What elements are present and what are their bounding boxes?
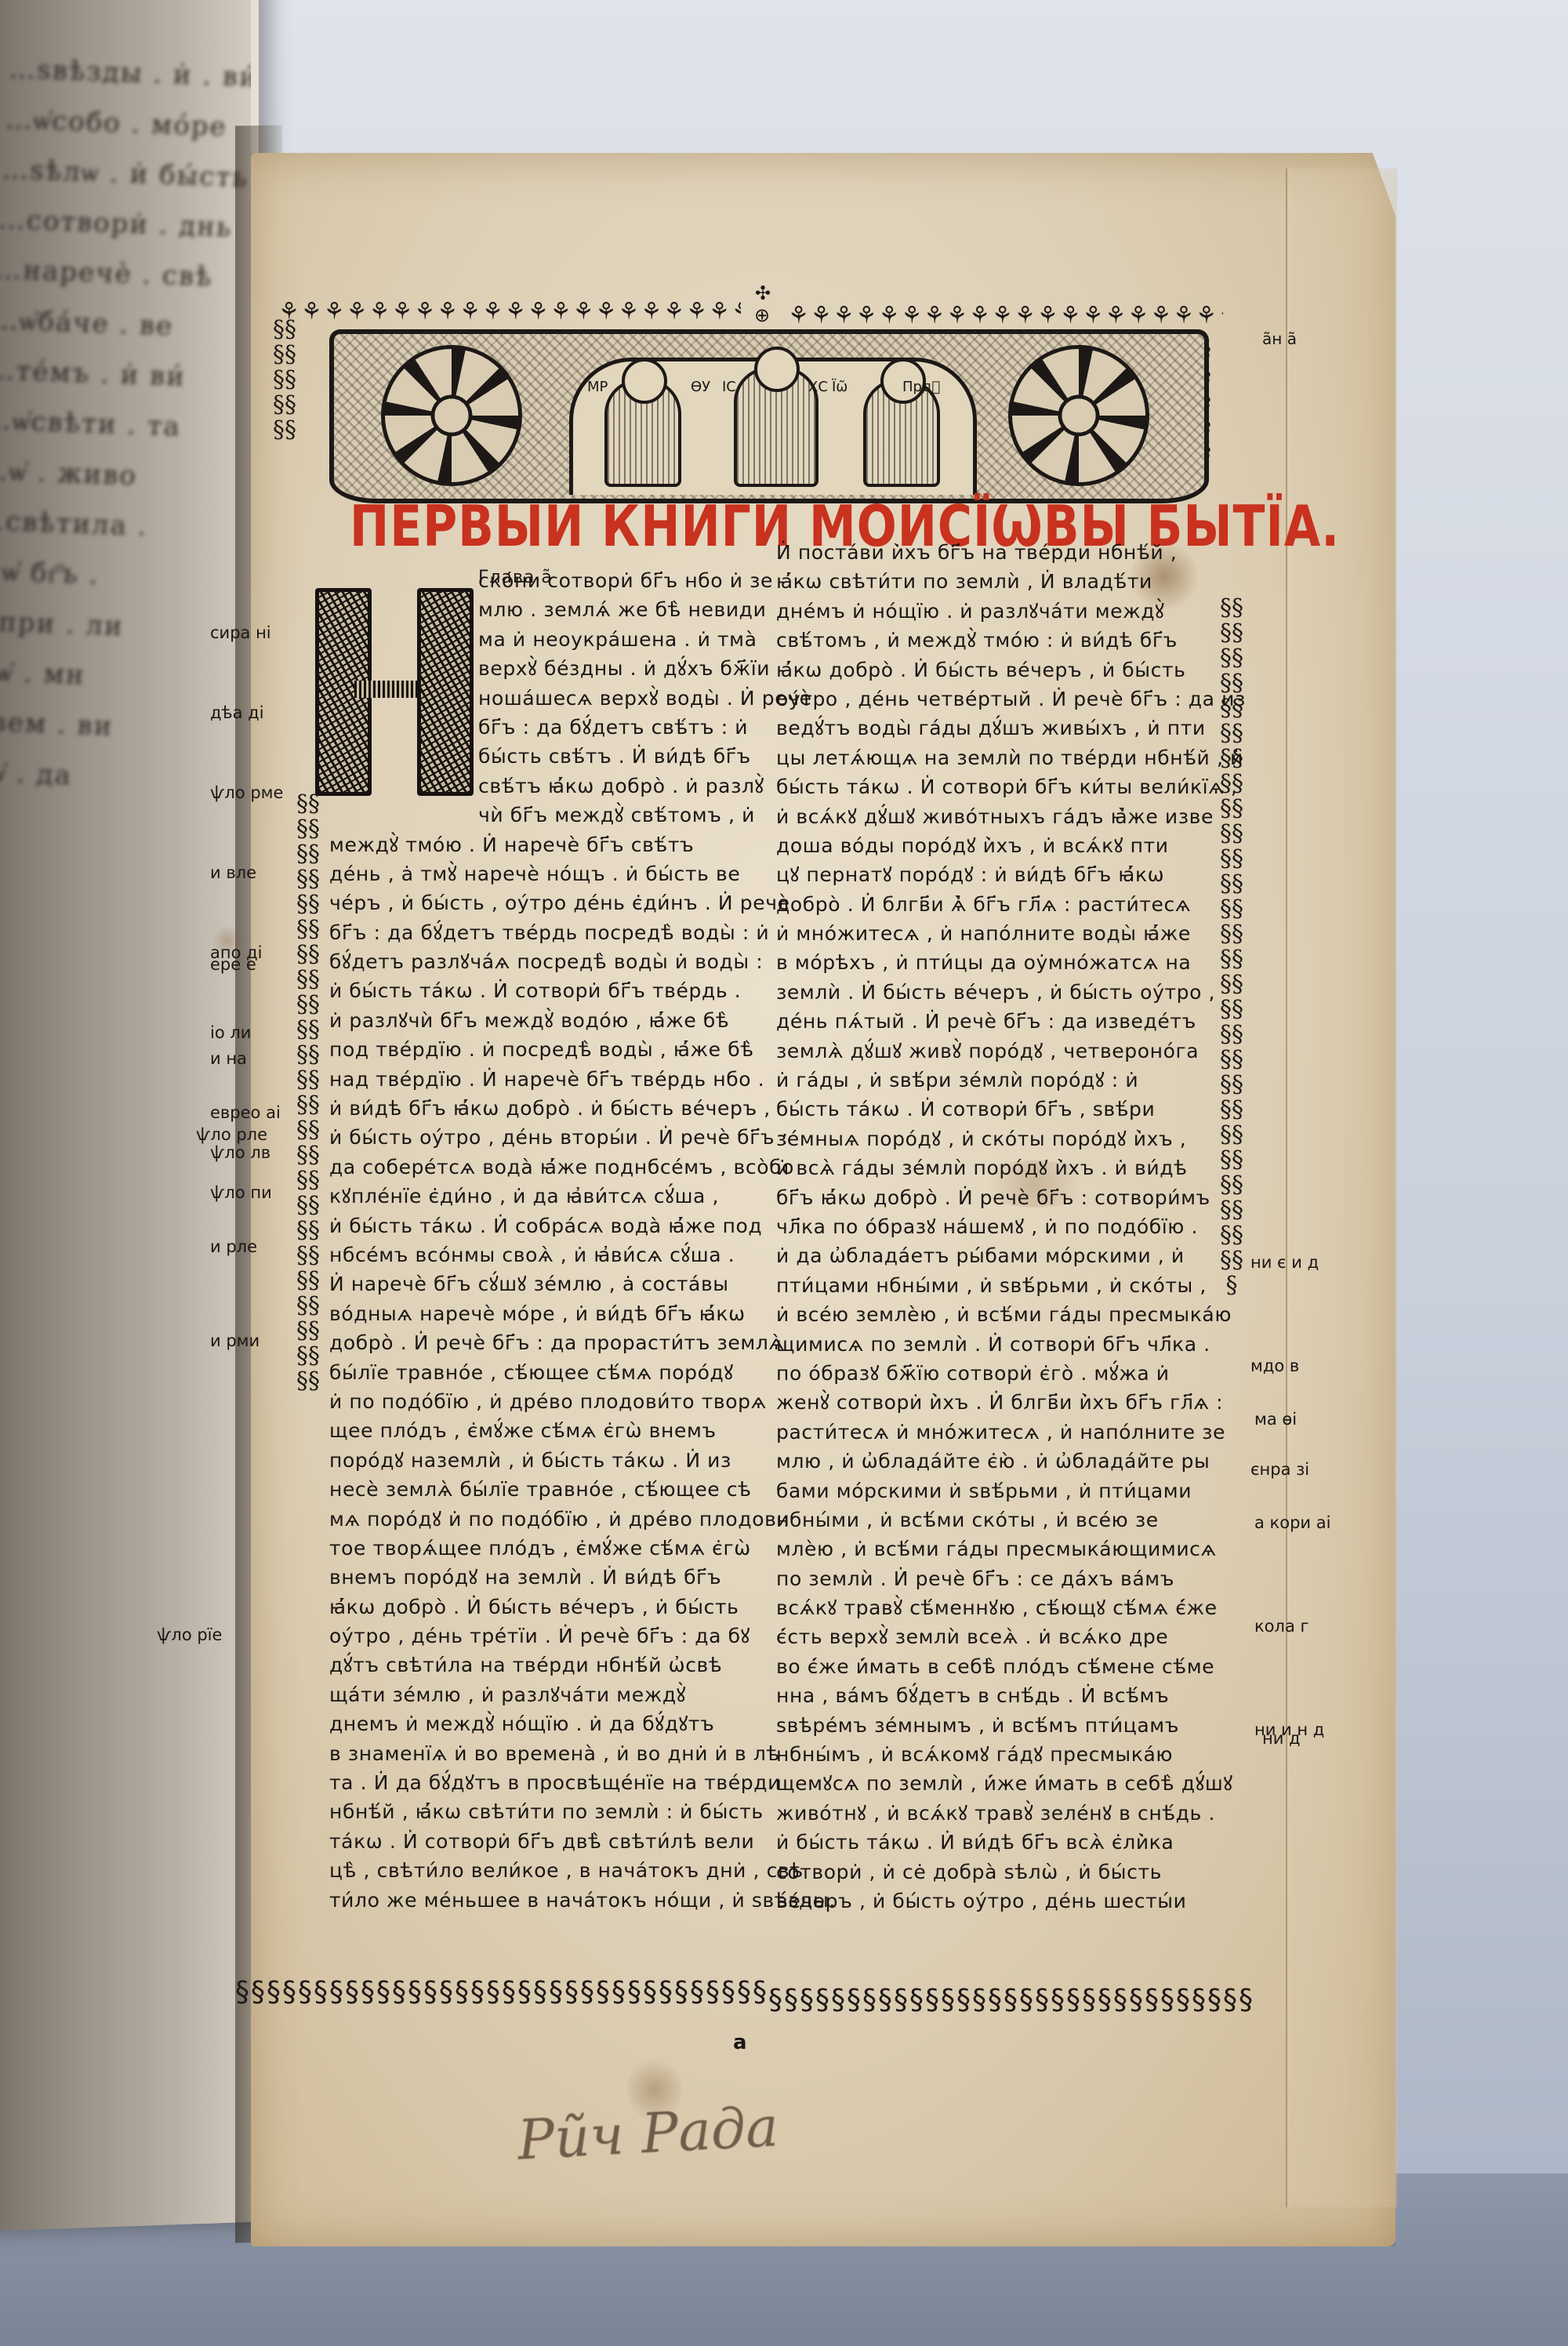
gloss-line: ере е: [210, 949, 270, 980]
text-line: И̇ наречѐ бг҃ъ сꙋ́шꙋ зе́млю , а̇ соста́в…: [329, 1269, 776, 1298]
text-line: бы́сть та́кѡ . И̇ сотвори̇ бг҃ъ ки́ты ве…: [776, 772, 1215, 801]
text-line: землѝ . И̇ бы́сть ве́черъ , и̇ бы́сть оу…: [776, 978, 1215, 1007]
text-line: и̇ по подо́бїю , и̇ дре́во плодови́то тв…: [329, 1387, 776, 1416]
text-line: доша во́ды поро́дꙋ и̇̀хъ , и̇ всѧ́кꙋ пти: [776, 831, 1215, 860]
text-line: и̇ га́ды , и̇ ѕвѣ́ри зе́млѝ поро́дꙋ : и̇: [776, 1066, 1215, 1095]
text-line: млѐю , и̇ всѣ́ми га́ды пресмыка́ющимисѧ: [776, 1534, 1215, 1563]
right-text-column: И̇ поста́ви и̇̀хъ бг҃ъ на тве́рди нбнѣ́й…: [776, 538, 1215, 1916]
text-line: цꙋ пернатꙋ поро́дꙋ : и̇ ви́дѣ бг҃ъ ꙗ҆́кѡ: [776, 860, 1215, 889]
headpiece-arch: МР ѲУ ІС ХС Їѡ̃ Прдⷮ: [569, 358, 977, 495]
text-line: цы летѧ́ющѧ на землѝ по тве́рди нбнѣ́й ,…: [776, 743, 1215, 772]
bottom-border-ornament-left: §§§§§§§§§§§§§§§§§§§§§§§§§§§§§§§§§§§§: [235, 1976, 768, 2010]
handwritten-ownership-note: Ри̃ч Рада: [516, 2094, 780, 2172]
text-line: нбны́мъ , и̇ всѧ́комꙋ га́дꙋ пресмыка́ю: [776, 1740, 1215, 1769]
gloss-line: ни є и д: [1250, 1245, 1319, 1280]
text-line: в мо́рѣхъ , и̇ пти́цы да оу̇мно́жатсѧ на: [776, 948, 1215, 977]
text-line: оу́тро , де́нь тре́тїи . И̇ речѐ бг҃ъ : …: [329, 1621, 776, 1651]
headpiece-label: МР: [587, 379, 608, 395]
headpiece-label: ѲУ: [691, 379, 710, 395]
text-line: дꙋ́тъ свѣти́ла на тве́рди нбнѣ́й ѡ҆свѣ: [329, 1651, 776, 1680]
text-line: млю , и̇ ѡ҆блада́йте є̇ю̀ . и̇ ѡ҆блада́й…: [776, 1447, 1215, 1476]
text-line: чл҃ка по о́бразꙋ на́шемꙋ , и̇ по подо́бї…: [776, 1212, 1215, 1241]
text-line: ноша́шесѧ верхꙋ̀ воды̀ . И̇ речѐ: [329, 684, 776, 713]
text-line: свѣ́томъ , и̇ междꙋ̀ тмо́ю : и̇ ви́дѣ бг…: [776, 626, 1215, 655]
text-line: в знаменїѧ и̇ во времена̀ , и̇ во дни̇ и…: [329, 1739, 776, 1768]
text-line: по о́бразꙋ бж҃їю сотвори̇ є̇го̀ . мꙋ́жа …: [776, 1359, 1215, 1388]
rosette-right-icon: [1008, 345, 1149, 486]
text-line: внемъ поро́дꙋ на землѝ . И̇ ви́дѣ бг҃ъ: [329, 1563, 776, 1592]
text-line: сотвори̇ , и̇ се̇ добра̀ ѕѣлѡ̀ , и̇ бы́с…: [776, 1858, 1215, 1887]
left-column-rule-ornament: §§§§§§§§§§§§§§§§§§§§§§§§§§§§§§§§§§§§§§§§…: [296, 792, 320, 1992]
gloss-line: ма ѳі: [1254, 1402, 1330, 1436]
text-line: и̇ ви́дѣ бг҃ъ ꙗ҆́кѡ добро̀ . и̇ бы́сть в…: [329, 1094, 776, 1123]
text-line: де́нь , а̇ тмꙋ̀ наречѐ но́щъ . и̇ бы́сть…: [329, 859, 776, 888]
text-line: и̇ все́ю землѐю , и̇ всѣ́ми га́ды пресмы…: [776, 1300, 1215, 1329]
text-line: цѣ̀ , свѣти́ло вели́кое , в нача́токъ дн…: [329, 1856, 776, 1885]
text-line: дне́мъ и̇ но́щїю . и̇ разлꙋча́ти междꙋ̀: [776, 597, 1215, 626]
headpiece-label: Прдⷮ: [902, 379, 940, 395]
top-border-ornament-right: ⚘⚘⚘⚘⚘⚘⚘⚘⚘⚘⚘⚘⚘⚘⚘⚘⚘⚘⚘⚘⚘⚘⚘⚘⚘⚘⚘⚘⚘⚘: [788, 302, 1223, 329]
text-line: И̇ поста́ви и̇̀хъ бг҃ъ на тве́рди нбнѣ́й…: [776, 538, 1215, 567]
text-line: женꙋ̀ сотвори̇ и̇̀хъ . И̇ блгв҃и и̇̀хъ б…: [776, 1388, 1215, 1417]
gloss-line: и на: [210, 1043, 270, 1074]
text-line: бы́лїе травно́е , сѣ́ющее сѣ́мѧ поро́дꙋ: [329, 1358, 776, 1387]
gloss-line: и рми: [210, 1325, 270, 1356]
text-line: ве́черъ , и̇ бы́сть оу́тро , де́нь шесты…: [776, 1887, 1215, 1916]
text-line: и̇ разлꙋчѝ бг҃ъ междꙋ̀ водо́ю , ꙗ҆́же бѣ…: [329, 1006, 776, 1035]
text-line: млю . землѧ́ же бѣ̀ невиди: [329, 595, 776, 624]
christ-figure-icon: [734, 367, 818, 487]
text-line: несѐ землѧ̀ бы́лїе травно́е , сѣ́ющее сѣ: [329, 1475, 776, 1504]
text-line: живо́тнꙋ , и̇ всѧ́кꙋ травꙋ̀ зеле́нꙋ в сн…: [776, 1799, 1215, 1828]
text-line: ско́ни сотвори̇ бг҃ъ нбо и̇ зе: [329, 566, 776, 595]
text-line: щимисѧ по землѝ . И̇ сотвори̇ бг҃ъ чл҃ка…: [776, 1330, 1215, 1359]
text-line: и̇ всѧ́кꙋ дꙋ́шꙋ живо́тныхъ га́дъ ꙗ҆̀же и…: [776, 802, 1215, 831]
text-line: ща́ти зе́млю , и̇ разлꙋча́ти междꙋ̀: [329, 1680, 776, 1709]
text-line: землѧ̀ дꙋ́шꙋ живꙋ̀ поро́дꙋ , четвероно́г…: [776, 1037, 1215, 1066]
text-line: ма и̇ неоукра́шена . и̇ тма̀: [329, 625, 776, 654]
text-line: де́нь пѧ́тый . И̇ речѐ бг҃ъ : да изведе́…: [776, 1007, 1215, 1036]
text-line: зе́мныѧ поро́дꙋ , и̇ ско́ты поро́дꙋ и̇̀х…: [776, 1124, 1215, 1153]
text-line: бами мо́рскими и̇ ѕвѣ́рьми , и̇ пти́цами: [776, 1476, 1215, 1505]
text-line: бы́сть та́кѡ . И̇ сотвори̇ бг҃ъ , ѕвѣ́ри: [776, 1095, 1215, 1124]
folio-number: а̃н а̃: [1262, 329, 1297, 348]
text-line: нна , ва́мъ бꙋ́детъ в снѣ́дь . И̇ всѣ́мъ: [776, 1681, 1215, 1710]
text-line: свѣ́тъ ꙗ҆́кѡ добро̀ . и̇ разлꙋ̀: [329, 772, 776, 801]
text-line: и̇ бы́сть та́кѡ . И̇ собра́сѧ вода̀ ꙗ҆́ж…: [329, 1211, 776, 1240]
text-line: тое творѧ́щее пло́дъ , є̇мꙋ́же сѣ́мѧ є̇г…: [329, 1534, 776, 1563]
gloss-line: и вле: [210, 859, 283, 886]
margin-gloss-left-lower: ѱло рле: [196, 1121, 267, 1148]
left-border-ornament: §§§§§§§§§§: [273, 318, 296, 576]
virgin-mary-figure-icon: [604, 379, 681, 487]
text-line: нбсе́мъ всо́нмы своѧ̀ , и̇ ꙗ҆ви́сѧ сꙋ́ша…: [329, 1240, 776, 1269]
text-line: є̇́сть верхꙋ̀ землѝ всеѧ̀ . и̇ всѧ́ко др…: [776, 1622, 1215, 1651]
text-line: ꙗ҆́кѡ добро̀ . И̇ бы́сть ве́черъ , и̇ бы…: [329, 1592, 776, 1621]
text-line: бг҃ъ ꙗ҆́кѡ добро̀ . И̇ речѐ бг҃ъ : сотво…: [776, 1183, 1215, 1212]
margin-gloss-right-bottom: ни д: [1262, 1725, 1301, 1752]
text-line: та́кѡ . И̇ сотвори̇ бг҃ъ двѣ̀ свѣти́лѣ в…: [329, 1827, 776, 1856]
margin-gloss-left-bottom: ѱло рїе: [157, 1621, 222, 1648]
text-line: бг҃ъ : да бꙋ́детъ свѣ́тъ : и̇: [329, 713, 776, 742]
text-line: под тве́рдїю . и̇ посредѣ̀ воды̀ , ꙗ҆́же…: [329, 1035, 776, 1064]
top-border-ornament-left: ⚘⚘⚘⚘⚘⚘⚘⚘⚘⚘⚘⚘⚘⚘⚘⚘⚘⚘⚘⚘⚘⚘⚘⚘⚘⚘⚘⚘⚘⚘⚘⚘: [278, 298, 741, 325]
text-line: нбны́ми , и̇ всѣ́ми ско́ты , и̇ все́ю зе: [776, 1505, 1215, 1534]
rosette-left-icon: [381, 345, 522, 486]
headpiece-label: ІС: [722, 379, 736, 395]
woodcut-headpiece-deesis: МР ѲУ ІС ХС Їѡ̃ Прдⷮ: [329, 329, 1209, 503]
text-line: щее пло́дъ , є̇мꙋ́же сѣ́мѧ є̇гѡ̀ внемъ: [329, 1416, 776, 1445]
text-line: и̇ да ѡ҆блада́етъ ры́бами мо́рскими , и̇: [776, 1241, 1215, 1270]
left-text-column: ско́ни сотвори̇ бг҃ъ нбо и̇ зе млю . зем…: [329, 566, 776, 1915]
gloss-line: ѱло рме: [210, 779, 283, 806]
text-line: и̇ мно́житесѧ , и̇ напо́лните воды̀ ꙗ҆́ж…: [776, 919, 1215, 948]
text-line: и̇ бы́сть та́кѡ . И̇ сотвори̇ бг҃ъ тве́р…: [329, 976, 776, 1005]
text-line: че́ръ , и̇ бы́сть , оу́тро де́нь є̇ди́нъ…: [329, 888, 776, 917]
text-line: бг҃ъ : да бꙋ́детъ тве́рдь посредѣ̀ воды̀…: [329, 918, 776, 947]
text-line: пти́цами нбны́ми , и̇ ѕвѣ́рьми , и̇ ско́…: [776, 1271, 1215, 1300]
text-line: ꙗ҆́кѡ добро̀ . И̇ бы́сть ве́черъ , и̇ бы…: [776, 655, 1215, 685]
text-line: щемꙋсѧ по землѝ , и̇́же и̇́мать в себѣ̀ …: [776, 1769, 1215, 1798]
gloss-line: дѣа ді: [210, 699, 283, 726]
text-line: и̇ бы́сть оу́тро , де́нь вторы́и . И̇ ре…: [329, 1123, 776, 1152]
text-line: и̇ бы́сть та́кѡ . И̇ ви́дѣ бг҃ъ всѧ̀ є̇л…: [776, 1828, 1215, 1857]
text-line: нбнѣ́й , ꙗ҆́кѡ свѣти́ти по землѝ : и̇ бы…: [329, 1797, 776, 1826]
text-line: кꙋпле́нїе є̇ди́но , и̇ да ꙗ҆ви́тсѧ сꙋ́ша…: [329, 1182, 776, 1211]
circle-ornament-icon: ⊕: [754, 304, 770, 326]
text-line: ѕвѣре́мъ зе́мнымъ , и̇ всѣ́мъ пти́цамъ: [776, 1711, 1215, 1740]
headpiece-label: ХС: [808, 379, 828, 395]
text-line: добро̀ . И̇ блгв҃и ѧ҆̀ бг҃ъ гл҃ѧ : расти…: [776, 890, 1215, 919]
gloss-line: а кори аі: [1254, 1505, 1330, 1540]
text-line: ведꙋ́тъ воды̀ га́ды дꙋ́шъ живы́хъ , и̇ п…: [776, 714, 1215, 743]
text-line: да собере́тсѧ вода̀ ꙗ҆́же поднбсе́мъ , в…: [329, 1153, 776, 1182]
text-line: над тве́рдїю . И̇ наречѐ бг҃ъ тве́рдь нб…: [329, 1065, 776, 1094]
text-line: поро́дꙋ наземлѝ , и̇ бы́сть та́кѡ . И̇ и…: [329, 1446, 776, 1475]
text-line: чѝ бг҃ъ междꙋ̀ свѣ́томъ , и̇: [329, 801, 776, 830]
gloss-line: сира ні: [210, 619, 283, 646]
text-line: ти́ло же ме́ньшее в нача́токъ но́щи , и̇…: [329, 1886, 776, 1915]
text-line: бꙋ́детъ разлꙋча́ѧ посредѣ̀ воды̀ и̇ воды…: [329, 947, 776, 976]
headpiece-label: Їѡ̃: [832, 379, 848, 395]
text-line: во́дныѧ наречѐ мо́ре , и̇ ви́дѣ бг҃ъ ꙗ҆́…: [329, 1299, 776, 1328]
gloss-line: кола г: [1254, 1609, 1330, 1643]
text-line: всѧ́кꙋ травꙋ̀ сѣ́меннꙋю , сѣ́ющꙋ сѣ́мѧ є…: [776, 1593, 1215, 1622]
text-line: ꙗ҆́кѡ свѣти́ти по землѝ , И̇ владѣ́ти: [776, 567, 1215, 596]
bottom-border-ornament-right: §§§§§§§§§§§§§§§§§§§§§§§§§§§§§§§§§: [768, 1984, 1254, 2018]
text-line: добро̀ . И̇ речѐ бг҃ъ : да прорасти́тъ з…: [329, 1328, 776, 1357]
text-line: и̇ всѧ̀ га́ды зе́млѝ поро́дꙋ и̇̀хъ . и̇ …: [776, 1153, 1215, 1182]
text-line: бы́сть свѣ́тъ . И̇ ви́дѣ бг҃ъ: [329, 742, 776, 771]
text-line: расти́тесѧ и̇ мно́житесѧ , и̇ напо́лните…: [776, 1418, 1215, 1447]
printer-signature-mark: а: [733, 2031, 747, 2054]
text-line: верхꙋ̀ бе́здны . и̇ дꙋ́хъ бж҃їи: [329, 654, 776, 683]
text-line: та . И̇ да бꙋ́дꙋтъ в просвѣще́нїе на тве…: [329, 1768, 776, 1797]
text-line: междꙋ̀ тмо́ю . И̇ наречѐ бг҃ъ свѣ́тъ: [329, 830, 776, 859]
cross-ornament-icon: ✣: [755, 282, 771, 304]
text-line: оу́тро , де́нь четве́ртый . И̇ речѐ бг҃ъ…: [776, 685, 1215, 714]
text-line: днемъ и̇ междꙋ̀ но́щїю . и̇ да бꙋ́дꙋтъ: [329, 1709, 776, 1738]
text-line: мѧ поро́дꙋ и̇ по подо́бїю , и̇ дре́во пл…: [329, 1505, 776, 1534]
text-line: во є̇́же и̇́мать в себѣ̀ пло́дъ сѣ́мене …: [776, 1652, 1215, 1681]
margin-gloss-right-lower: ма ѳі а кори аі кола г ни и н д: [1254, 1333, 1330, 1781]
facing-page-text: …ѕвѣзды . и̇ . ви́дѣ …ѡ҆собо . мо́ре …ѕѣ…: [0, 44, 230, 804]
text-line: по землѝ . И̇ речѐ бг҃ъ : се да́хъ ва́мъ: [776, 1564, 1215, 1593]
gloss-line: и рле: [210, 1231, 270, 1262]
